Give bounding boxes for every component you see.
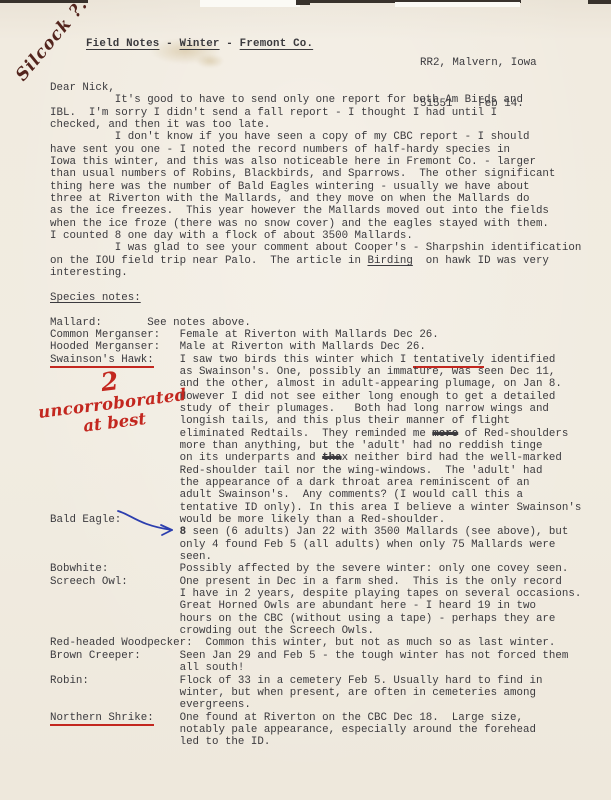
species-label: Bobwhite: <box>50 563 108 575</box>
letter-line: Mallard: See notes above. <box>50 317 581 329</box>
letter-line: Swainson's Hawk: I saw two birds this wi… <box>50 354 581 366</box>
text-segment: evergreens. <box>50 699 251 711</box>
letter-line: Species notes: <box>50 292 581 304</box>
text-segment: crowding out the Screech Owls. <box>50 625 374 637</box>
letter-line: more than anything, but the 'adult' had … <box>50 440 581 452</box>
letter-line: Northern Shrike: One found at Riverton o… <box>50 712 581 724</box>
letter-line: Hooded Merganser: Male at Riverton with … <box>50 341 581 353</box>
text-segment: hours on the CBC (without using a tape) … <box>50 613 555 625</box>
letter-line: led to the ID. <box>50 736 581 748</box>
letter-line: I counted 8 one day with a flock of abou… <box>50 230 581 242</box>
letter-line: notably pale appearance, especially arou… <box>50 724 581 736</box>
species-label: Common Merganser: <box>50 329 160 341</box>
letter-line: Screech Owl: One present in Dec in a far… <box>50 576 581 588</box>
text-segment: I have in 2 years, despite playing tapes… <box>50 588 581 600</box>
text-segment: Iowa this winter, and this was also noti… <box>50 156 536 168</box>
section-heading: Species notes: <box>50 292 141 304</box>
title-separator: - <box>220 38 240 50</box>
text-segment: Flock of 33 in a cemetery Feb 5. Usually… <box>89 675 543 687</box>
letter-line: crowding out the Screech Owls. <box>50 625 581 637</box>
letter-line: Bobwhite: Possibly affected by the sever… <box>50 563 581 575</box>
text-segment: Female at Riverton with Mallards Dec 26. <box>160 329 439 341</box>
letter-line: when the ice froze (there was no snow co… <box>50 218 581 230</box>
text-segment: x neither bird had the well-marked <box>342 452 562 464</box>
text-segment: Seen Jan 29 and Feb 5 - the tough winter… <box>141 650 569 662</box>
species-label: Red-headed Woodpecker: <box>50 637 193 649</box>
text-segment: One found at Riverton on the CBC Dec 18.… <box>154 712 523 724</box>
species-label: Robin: <box>50 675 89 687</box>
letter-line: checked, and then it was too late. <box>50 119 581 131</box>
letter-line: Red-shoulder tail nor the wing-windows. … <box>50 465 581 477</box>
text-segment: three at Riverton with the Mallards, and… <box>50 193 529 205</box>
text-segment: Common this winter, but not as much so a… <box>193 637 556 649</box>
text-segment: Male at Riverton with Mallards Dec 26. <box>160 341 426 353</box>
species-label: Mallard: <box>50 317 102 329</box>
paper-stain <box>196 54 224 68</box>
text-segment: checked, and then it was too late. <box>50 119 270 131</box>
letter-line: Dear Nick, <box>50 82 581 94</box>
letter-line: I don't know if you have seen a copy of … <box>50 131 581 143</box>
text-segment: Great Horned Owls are abundant here - I … <box>50 600 536 612</box>
hand-arrow-blue-icon <box>88 504 188 538</box>
letter-line: interesting. <box>50 267 581 279</box>
letter-line <box>50 304 581 316</box>
letter-line: I have in 2 years, despite playing tapes… <box>50 588 581 600</box>
scan-edge-artifact <box>588 0 611 4</box>
page-title: Field Notes - Winter - Fremont Co. <box>86 38 313 50</box>
text-segment: I saw two birds this winter which I <box>154 354 413 366</box>
species-label: Hooded Merganser: <box>50 341 160 353</box>
letter-line: Great Horned Owls are abundant here - I … <box>50 600 581 612</box>
text-segment: It's good to have to send only one repor… <box>50 94 523 106</box>
letter-line: on the IOU field trip near Palo. The art… <box>50 255 581 267</box>
letter-line: thing here was the number of Bald Eagles… <box>50 181 581 193</box>
species-label: Screech Owl: <box>50 576 128 588</box>
letter-line: seen. <box>50 551 581 563</box>
struck-word: tha <box>322 452 341 464</box>
text-segment: IBL. I'm sorry I didn't send a fall repo… <box>50 107 497 119</box>
scan-edge-artifact <box>395 2 520 7</box>
text-segment: led to the ID. <box>50 736 270 748</box>
letter-line <box>50 280 581 292</box>
text-segment: the appearance of a dark throat area rem… <box>50 477 529 489</box>
text-segment: See notes above. <box>102 317 251 329</box>
scan-edge-artifact <box>200 0 300 7</box>
text-segment: when the ice froze (there was no snow co… <box>50 218 549 230</box>
text-segment: notably pale appearance, especially arou… <box>50 724 536 736</box>
text-segment: than usual numbers of Robins, Blackbirds… <box>50 168 555 180</box>
text-segment: thing here was the number of Bald Eagles… <box>50 181 529 193</box>
letter-line: I was glad to see your comment about Coo… <box>50 242 581 254</box>
species-label: Brown Creeper: <box>50 650 141 662</box>
title-separator: - <box>159 38 179 50</box>
letter-line: Robin: Flock of 33 in a cemetery Feb 5. … <box>50 675 581 687</box>
letter-line: winter, but when present, are often in c… <box>50 687 581 699</box>
letter-line: have sent you one - I noted the record n… <box>50 144 581 156</box>
text-segment: all south! <box>50 662 244 674</box>
text-segment: I counted 8 one day with a flock of abou… <box>50 230 413 242</box>
scanned-letter-page: Silcock ?. Field Notes - Winter - Fremon… <box>0 0 611 800</box>
text-segment: as the ice freezes. This year however th… <box>50 205 549 217</box>
letter-line: hours on the CBC (without using a tape) … <box>50 613 581 625</box>
text-segment: I don't know if you have seen a copy of … <box>50 131 529 143</box>
journal-name: Birding <box>367 255 412 267</box>
text-segment: identified <box>484 354 555 366</box>
text-segment: I was glad to see your comment about Coo… <box>50 242 581 254</box>
text-segment: on the IOU field trip near Palo. The art… <box>50 255 367 267</box>
title-part: Winter <box>180 38 220 50</box>
letter-line: three at Riverton with the Mallards, and… <box>50 193 581 205</box>
letter-line: on its underparts and thax neither bird … <box>50 452 581 464</box>
handwritten-name-note: Silcock ?. <box>6 0 98 92</box>
letter-line: Iowa this winter, and this was also noti… <box>50 156 581 168</box>
letter-line: all south! <box>50 662 581 674</box>
text-segment: more than anything, but the 'adult' had … <box>50 440 542 452</box>
text-segment: on hawk ID was very <box>413 255 549 267</box>
text-segment: winter, but when present, are often in c… <box>50 687 536 699</box>
title-part: Fremont Co. <box>240 38 313 50</box>
text-segment: Red-shoulder tail nor the wing-windows. … <box>50 465 542 477</box>
letter-line: IBL. I'm sorry I didn't send a fall repo… <box>50 107 581 119</box>
text-segment: have sent you one - I noted the record n… <box>50 144 510 156</box>
text-segment: of Red-shoulders <box>458 428 568 440</box>
letter-line: only 4 found Feb 5 (all adults) when onl… <box>50 539 581 551</box>
letter-line: as the ice freezes. This year however th… <box>50 205 581 217</box>
text-segment: on its underparts and <box>50 452 322 464</box>
text-segment: seen (6 adults) Jan 22 with 3500 Mallard… <box>186 526 568 538</box>
text-segment: One present in Dec in a farm shed. This … <box>128 576 562 588</box>
struck-word: more <box>432 428 458 440</box>
letter-line: than usual numbers of Robins, Blackbirds… <box>50 168 581 180</box>
letter-line: Common Merganser: Female at Riverton wit… <box>50 329 581 341</box>
text-segment: interesting. <box>50 267 128 279</box>
letter-line: the appearance of a dark throat area rem… <box>50 477 581 489</box>
text-segment: only 4 found Feb 5 (all adults) when onl… <box>50 539 555 551</box>
text-segment: Possibly affected by the severe winter: … <box>108 563 568 575</box>
salutation: Dear Nick, <box>50 82 115 94</box>
letter-line: adult Swainson's. Any comments? (I would… <box>50 489 581 501</box>
letter-line: Red-headed Woodpecker: Common this winte… <box>50 637 581 649</box>
letter-line: Brown Creeper: Seen Jan 29 and Feb 5 - t… <box>50 650 581 662</box>
title-part: Field Notes <box>86 38 159 50</box>
letter-line: It's good to have to send only one repor… <box>50 94 581 106</box>
address-line: RR2, Malvern, Iowa <box>420 57 537 71</box>
text-segment: adult Swainson's. Any comments? (I would… <box>50 489 523 501</box>
text-segment: seen. <box>50 551 212 563</box>
letter-line: evergreens. <box>50 699 581 711</box>
